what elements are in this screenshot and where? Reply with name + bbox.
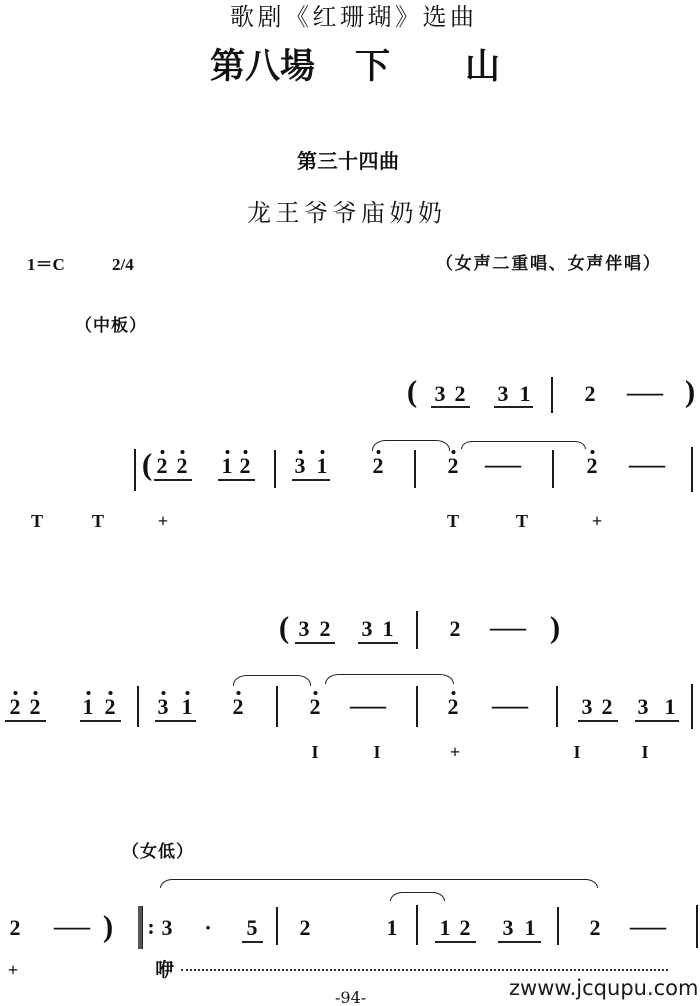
note-high: 2 <box>157 455 168 477</box>
open-paren: ( <box>407 376 417 407</box>
opera-title: 歌剧《红珊瑚》选曲 <box>230 5 478 29</box>
barline <box>691 684 693 729</box>
note-high: 1 <box>83 696 94 718</box>
lyric-syllable: 咿 <box>155 961 174 980</box>
scene-title-part-3: 山 <box>465 49 500 84</box>
time-signature: 2/4 <box>112 256 134 273</box>
note: 3 <box>498 383 509 405</box>
eighth-underline <box>578 720 618 722</box>
piece-title: 龙王爷爷庙奶奶 <box>247 201 447 225</box>
note-high: 2 <box>105 696 116 718</box>
barline <box>416 686 418 727</box>
eighth-underline <box>155 720 196 722</box>
eighth-underline <box>435 941 476 943</box>
extension-dash: — <box>627 373 663 409</box>
melisma-dotted-line <box>181 969 668 971</box>
eighth-underline <box>80 720 121 722</box>
slur <box>372 440 450 451</box>
note-high: 2 <box>373 455 384 477</box>
eighth-underline <box>5 720 46 722</box>
note-high: 2 <box>30 696 41 718</box>
eighth-underline <box>494 406 533 408</box>
repeat-start-barline <box>138 906 143 949</box>
note-high: 2 <box>10 696 21 718</box>
note: 1 <box>665 696 676 718</box>
page-number: -94- <box>335 990 366 1006</box>
open-paren: ( <box>279 612 289 643</box>
note: 1 <box>383 618 394 640</box>
barline <box>416 905 418 945</box>
beat-mark: + <box>158 512 168 530</box>
beat-mark: T <box>31 512 43 530</box>
note: 3 <box>582 696 593 718</box>
eighth-underline <box>498 941 541 943</box>
barline <box>696 905 698 948</box>
note-high: 1 <box>182 696 193 718</box>
close-paren: ) <box>685 376 695 407</box>
beat-mark: I <box>311 743 318 761</box>
extension-dash: — <box>350 686 386 722</box>
extension-dash: — <box>490 608 526 644</box>
eighth-underline <box>358 642 398 644</box>
note-high: 1 <box>317 455 328 477</box>
eighth-underline <box>431 406 470 408</box>
extension-dash: — <box>492 686 528 722</box>
beat-mark: + <box>450 743 460 761</box>
key-signature: 1＝C <box>27 256 65 273</box>
note-high: 2 <box>448 455 459 477</box>
note: 2 <box>590 917 601 939</box>
note: 3 <box>162 917 173 939</box>
beat-mark: I <box>573 743 580 761</box>
sheet-music-page: 歌剧《红珊瑚》选曲 第八場 下 山 第三十四曲 龙王爷爷庙奶奶 1＝C 2/4 … <box>0 0 700 1006</box>
note: 2 <box>460 917 471 939</box>
note-high: 3 <box>158 696 169 718</box>
voice-part-label: （女低） <box>122 844 194 861</box>
barline <box>551 377 553 413</box>
augmentation-dot: · <box>204 917 211 939</box>
barline <box>557 907 559 945</box>
barline <box>137 686 139 727</box>
note: 1 <box>520 383 531 405</box>
note: 3 <box>299 618 310 640</box>
note: 2 <box>320 618 331 640</box>
note: 2 <box>300 917 311 939</box>
note-high: 2 <box>310 696 321 718</box>
beat-mark: + <box>592 512 602 530</box>
note-high: 3 <box>295 455 306 477</box>
eighth-underline <box>635 720 679 722</box>
barline <box>416 611 418 649</box>
tempo-marking: （中板） <box>75 318 147 335</box>
scene-title-part-1: 第八場 <box>210 49 315 84</box>
extension-dash: — <box>485 445 521 481</box>
tie <box>325 674 454 684</box>
note: 3 <box>435 383 446 405</box>
note: 1 <box>387 917 398 939</box>
voicing-note: （女声二重唱、女声伴唱） <box>436 256 662 273</box>
extension-dash: — <box>629 445 665 481</box>
note: 2 <box>450 618 461 640</box>
barline <box>276 907 278 945</box>
barline <box>276 686 278 727</box>
note: 3 <box>362 618 373 640</box>
note: 3 <box>638 696 649 718</box>
eighth-underline <box>295 642 335 644</box>
note-high: 2 <box>240 455 251 477</box>
eighth-underline <box>242 941 263 943</box>
open-paren: ( <box>142 449 152 480</box>
note: 3 <box>503 917 514 939</box>
eighth-underline <box>218 479 255 481</box>
barline <box>274 450 276 488</box>
beat-mark: I <box>641 743 648 761</box>
beat-mark: T <box>447 512 459 530</box>
note-high: 2 <box>233 696 244 718</box>
note: 2 <box>585 383 596 405</box>
barline <box>691 447 693 492</box>
note: 2 <box>10 917 21 939</box>
repeat-colon: : <box>147 916 154 938</box>
barline <box>552 450 554 488</box>
beat-mark: + <box>8 961 18 979</box>
note-high: 2 <box>177 455 188 477</box>
note-high: 1 <box>222 455 233 477</box>
note: 2 <box>602 696 613 718</box>
phrase-slur <box>160 879 598 888</box>
note-high: 2 <box>448 696 459 718</box>
scene-title-part-2: 下 <box>355 49 390 84</box>
barline <box>414 450 416 488</box>
note: 1 <box>525 917 536 939</box>
close-paren: ) <box>103 911 113 942</box>
beat-mark: T <box>92 512 104 530</box>
beat-mark: I <box>373 743 380 761</box>
note-high: 2 <box>587 455 598 477</box>
tie <box>461 441 586 449</box>
beat-mark: T <box>516 512 528 530</box>
extension-dash: — <box>54 907 90 943</box>
slur <box>390 892 445 901</box>
note: 1 <box>440 917 451 939</box>
note: 2 <box>455 383 466 405</box>
eighth-underline <box>154 479 192 481</box>
eighth-underline <box>292 479 330 481</box>
barline <box>134 449 136 491</box>
barline <box>556 686 558 727</box>
close-paren: ) <box>550 612 560 643</box>
extension-dash: — <box>630 907 666 943</box>
watermark: zwww.jcqupu.com <box>509 978 698 999</box>
slur <box>233 675 311 686</box>
piece-number: 第三十四曲 <box>297 151 400 171</box>
note: 5 <box>247 917 258 939</box>
